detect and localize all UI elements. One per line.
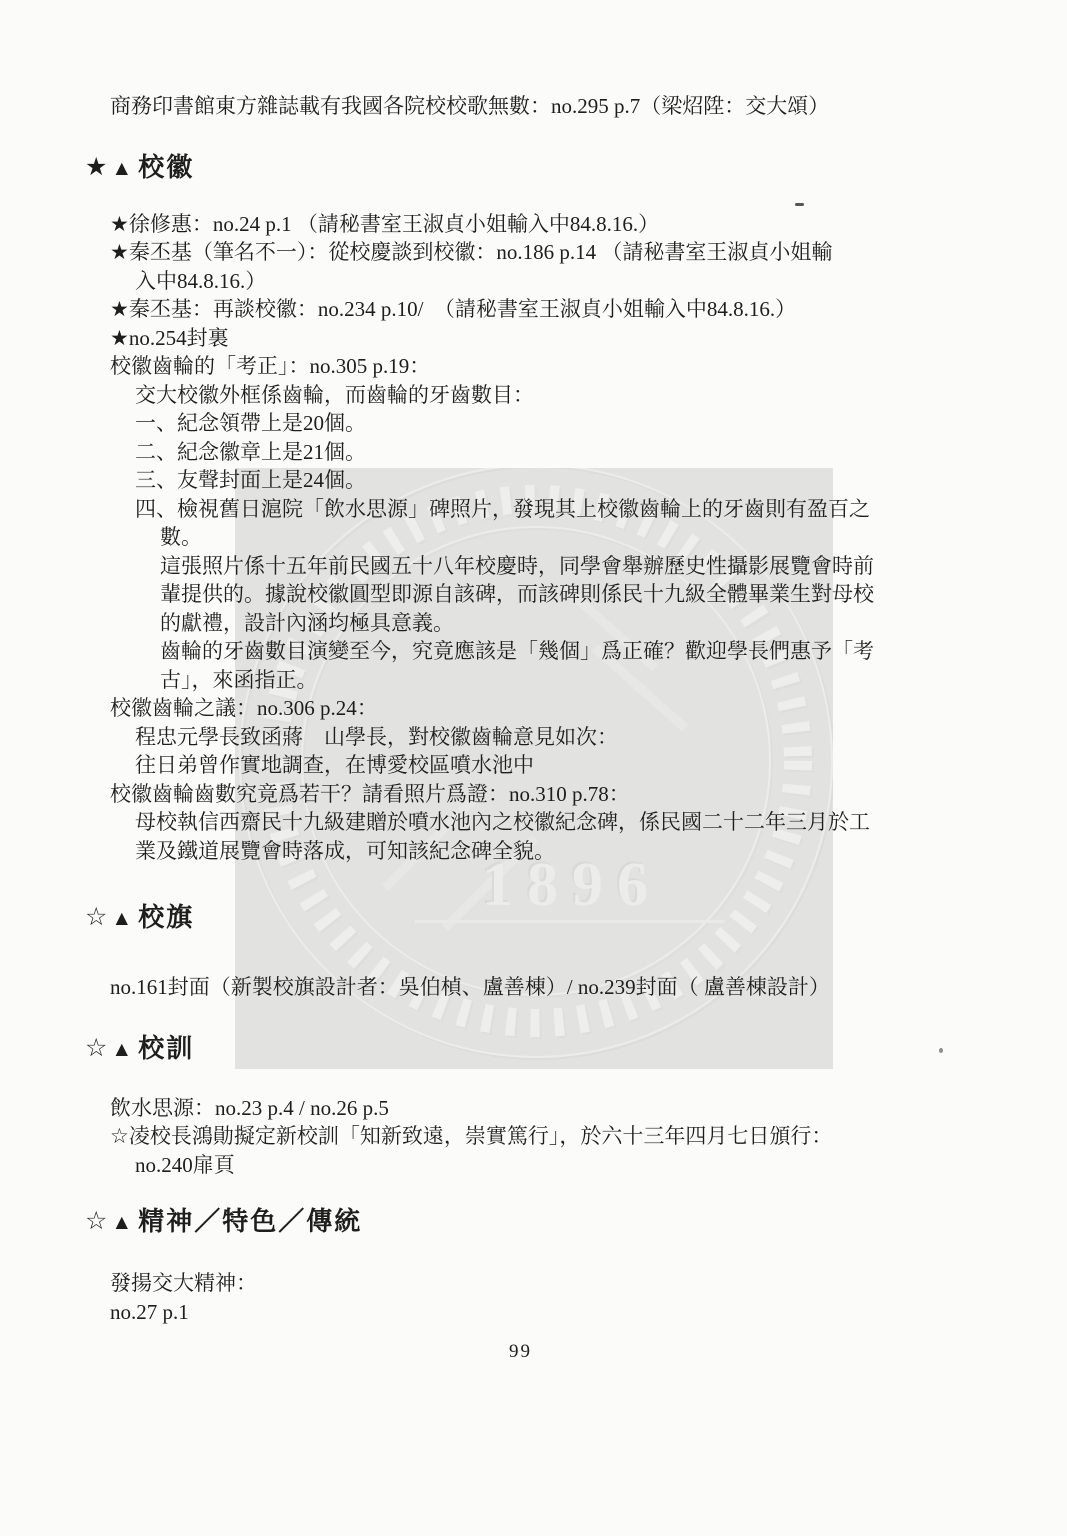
text-line: 三、友聲封面上是24個。	[85, 466, 1012, 495]
text-line: 交大校徽外框係齒輪，而齒輪的牙齒數目：	[85, 381, 1012, 410]
text-line: 入中84.8.16.）	[85, 267, 1012, 296]
text-line: 一、紀念領帶上是20個。	[85, 409, 1012, 438]
text-line: 校徽齒輪之議：no.306 p.24：	[85, 694, 1012, 723]
text-line: 輩提供的。據說校徽圓型即源自該碑，而該碑則係民十九級全體畢業生對母校	[85, 580, 1012, 609]
section-title: 校旗	[138, 901, 194, 935]
star-icon: ☆	[85, 901, 107, 935]
scanned-document-page: 1896 1896 商務印書館東方雜誌載有我國各院校校歌無數：no.295 p.…	[0, 0, 1067, 1536]
text-line: 齒輪的牙齒數目演變至今，究竟應該是「幾個」爲正確？歡迎學長們惠予「考	[85, 637, 1012, 666]
triangle-icon: ▲	[111, 901, 132, 935]
text-line: 的獻禮，設計內涵均極具意義。	[85, 609, 1012, 638]
text-line: 業及鐵道展覽會時落成，可知該紀念碑全貌。	[85, 837, 1012, 866]
triangle-icon: ▲	[111, 151, 132, 185]
section-school-emblem: ★▲校徽★徐修惠：no.24 p.1 （請秘書室王淑貞小姐輸入中84.8.16.…	[85, 151, 1012, 866]
document-content: 商務印書館東方雜誌載有我國各院校校歌無數：no.295 p.7（梁炤陞：交大頌）…	[0, 0, 1067, 1536]
text-line: ★秦丕基：再談校徽：no.234 p.10/ （請秘書室王淑貞小姐輸入中84.8…	[85, 295, 1012, 324]
text-line: ★no.254封裏	[85, 324, 1012, 353]
text-line: 程忠元學長致函蔣 山學長，對校徽齒輪意見如次：	[85, 723, 1012, 752]
text-line: 二、紀念徽章上是21個。	[85, 438, 1012, 467]
section-school-motto: ☆▲校訓飲水思源：no.23 p.4 / no.26 p.5☆凌校長鴻勛擬定新校…	[85, 1032, 1012, 1180]
triangle-icon: ▲	[111, 1205, 132, 1239]
sections-container: ★▲校徽★徐修惠：no.24 p.1 （請秘書室王淑貞小姐輸入中84.8.16.…	[85, 151, 1012, 1327]
section-heading: ☆▲校訓	[85, 1032, 1012, 1066]
text-line: 發揚交大精神：	[85, 1269, 1012, 1298]
text-line: 母校執信西齋民十九級建贈於噴水池內之校徽紀念碑，係民國二十二年三月於工	[85, 808, 1012, 837]
text-line: ★秦丕基（筆名不一）：從校慶談到校徽：no.186 p.14 （請秘書室王淑貞小…	[85, 238, 1012, 267]
text-line: 往日弟曾作實地調查，在博愛校區噴水池中	[85, 751, 1012, 780]
triangle-icon: ▲	[111, 1032, 132, 1066]
star-icon: ★	[85, 151, 107, 185]
section-title: 精神／特色／傳統	[138, 1205, 362, 1239]
intro-line: 商務印書館東方雜誌載有我國各院校校歌無數：no.295 p.7（梁炤陞：交大頌）	[85, 92, 1012, 121]
section-heading: ☆▲精神／特色／傳統	[85, 1205, 1012, 1239]
section-heading: ☆▲校旗	[85, 901, 1012, 935]
star-icon: ☆	[85, 1032, 107, 1066]
text-line: no.240扉頁	[85, 1151, 1012, 1180]
text-line: 校徽齒輪齒數究竟爲若干？請看照片爲證：no.310 p.78：	[85, 780, 1012, 809]
text-line: no.161封面（新製校旗設計者：吳伯楨、盧善棟）/ no.239封面（ 盧善棟…	[85, 973, 1012, 1002]
text-line: ☆凌校長鴻勛擬定新校訓「知新致遠，崇實篤行」，於六十三年四月七日頒行：	[85, 1122, 1012, 1151]
section-title: 校訓	[138, 1032, 194, 1066]
star-icon: ☆	[85, 1205, 107, 1239]
text-line: ★徐修惠：no.24 p.1 （請秘書室王淑貞小姐輸入中84.8.16.）	[85, 210, 1012, 239]
section-title: 校徽	[138, 151, 194, 185]
page-number: 99	[0, 1341, 1067, 1363]
text-line: 四、檢視舊日滬院「飲水思源」碑照片，發現其上校徽齒輪上的牙齒則有盈百之	[85, 495, 1012, 524]
text-line: 這張照片係十五年前民國五十八年校慶時，同學會舉辦歷史性攝影展覽會時前	[85, 552, 1012, 581]
text-line: 校徽齒輪的「考正」：no.305 p.19：	[85, 352, 1012, 381]
scan-speck	[795, 203, 804, 206]
section-heading: ★▲校徽	[85, 151, 1012, 185]
text-line: 數。	[85, 523, 1012, 552]
text-line: 飲水思源：no.23 p.4 / no.26 p.5	[85, 1094, 1012, 1123]
text-line: 古」，來函指正。	[85, 666, 1012, 695]
section-spirit-tradition: ☆▲精神／特色／傳統發揚交大精神：no.27 p.1	[85, 1205, 1012, 1326]
text-line: no.27 p.1	[85, 1298, 1012, 1327]
scan-speck	[939, 1048, 943, 1053]
section-school-flag: ☆▲校旗no.161封面（新製校旗設計者：吳伯楨、盧善棟）/ no.239封面（…	[85, 901, 1012, 1002]
